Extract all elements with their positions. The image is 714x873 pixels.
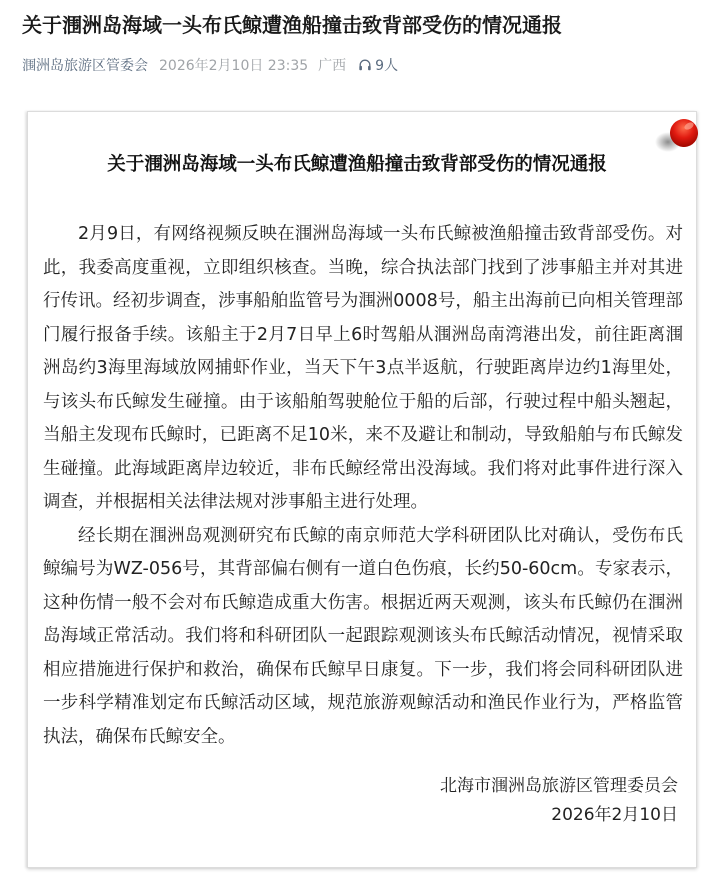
article-meta: 涠洲岛旅游区管委会 2026年2月10日 23:35 广西 9人	[22, 54, 398, 76]
headphones-icon	[358, 58, 372, 72]
signature-organization: 北海市涠洲岛旅游区管理委员会	[440, 772, 678, 801]
listen-count: 9人	[375, 55, 398, 75]
document-body: 2月9日，有网络视频反映在涠洲岛海域一头布氏鲸被渔船撞击致背部受伤。对此，我委高…	[43, 218, 683, 754]
paragraph: 经长期在涠洲岛观测研究布氏鲸的南京师范大学科研团队比对确认，受伤布氏鲸编号为WZ…	[43, 520, 683, 755]
signature-date: 2026年2月10日	[440, 801, 678, 830]
region-label: 广西	[318, 55, 346, 75]
signature-block: 北海市涠洲岛旅游区管理委员会 2026年2月10日	[440, 772, 678, 830]
publish-time: 2026年2月10日 23:35	[159, 55, 308, 75]
article-title: 关于涠洲岛海域一头布氏鲸遭渔船撞击致背部受伤的情况通报	[22, 10, 702, 40]
listen-button[interactable]: 9人	[358, 55, 398, 75]
paragraph: 2月9日，有网络视频反映在涠洲岛海域一头布氏鲸被渔船撞击致背部受伤。对此，我委高…	[43, 218, 683, 520]
source-link[interactable]: 涠洲岛旅游区管委会	[22, 55, 148, 75]
document-title: 关于涠洲岛海域一头布氏鲸遭渔船撞击致背部受伤的情况通报	[0, 150, 714, 180]
